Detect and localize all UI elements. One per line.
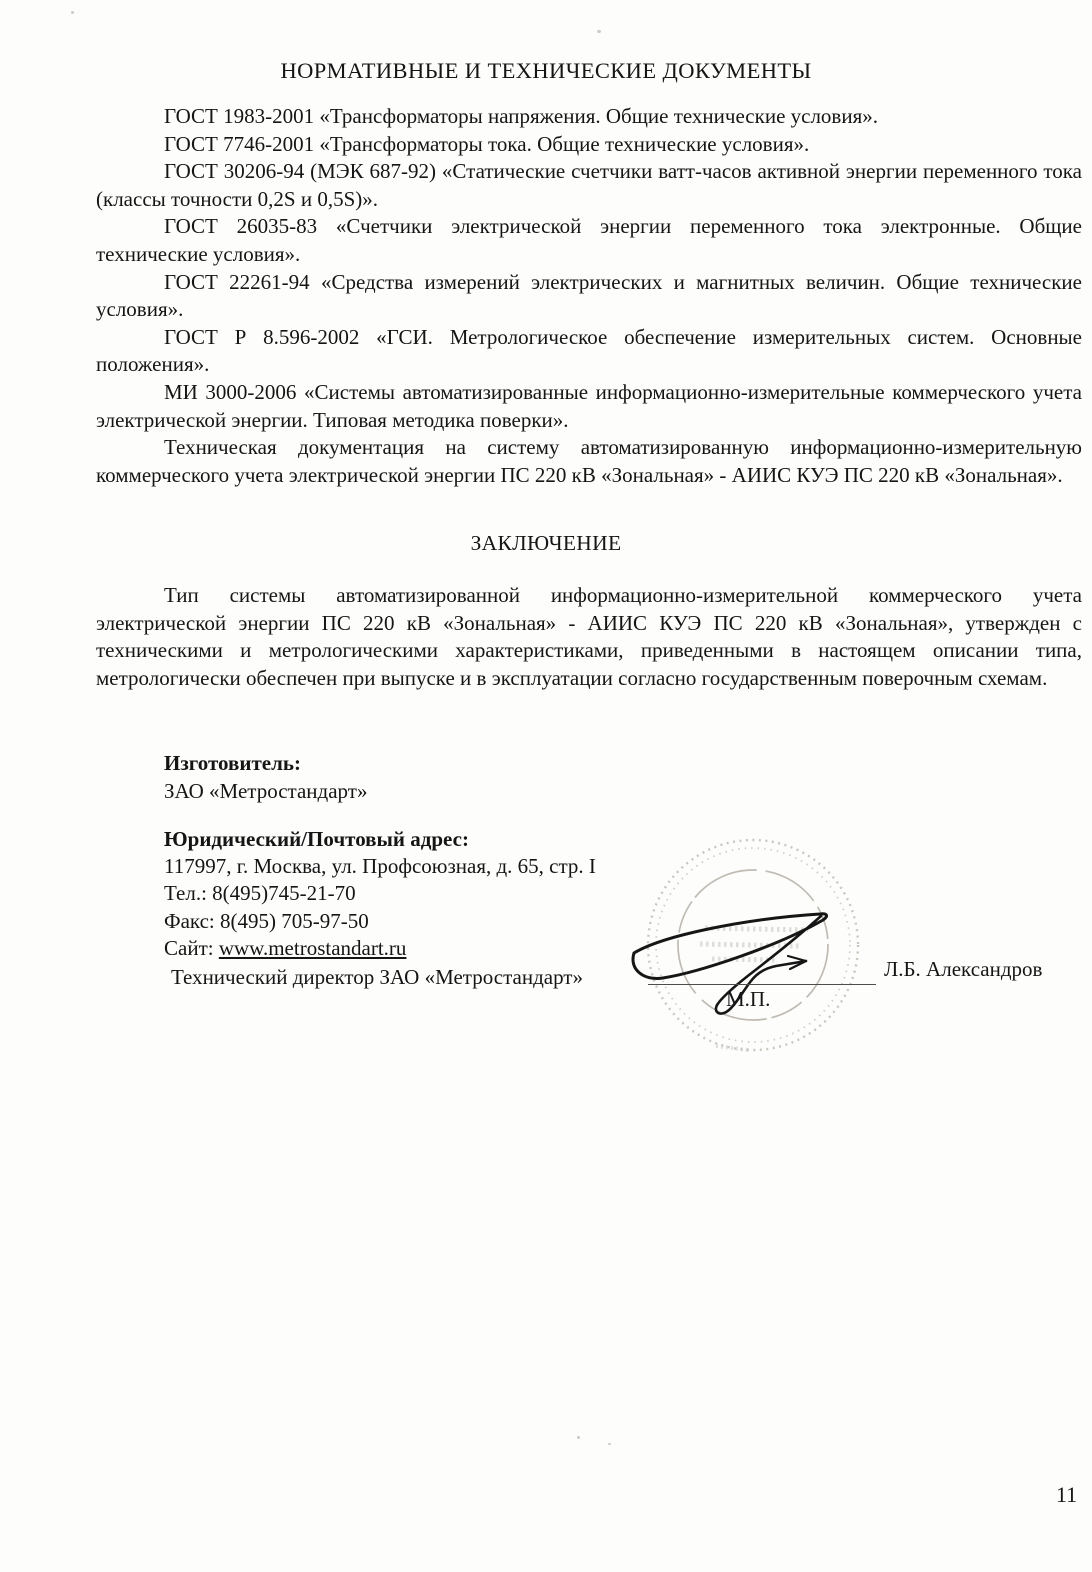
address-block: Юридический/Почтовый адрес: 117997, г. М… <box>164 826 596 962</box>
scan-speck <box>577 1436 580 1439</box>
conclusion-paragraph: Тип системы автоматизированной информаци… <box>96 582 1082 692</box>
scan-speck <box>608 1443 611 1445</box>
page-number: 11 <box>1056 1482 1077 1508</box>
document-paragraph: ГОСТ 22261-94 «Средства измерений электр… <box>96 269 1082 324</box>
document-paragraph: Техническая документация на систему авто… <box>96 434 1082 489</box>
stamp-and-signature <box>600 808 900 1078</box>
document-paragraph: ГОСТ 26035-83 «Счетчики электрической эн… <box>96 213 1082 268</box>
document-paragraph: МИ 3000-2006 «Системы автоматизированные… <box>96 379 1082 434</box>
signature-line <box>648 984 876 985</box>
address-site-line: Сайт: www.metrostandart.ru <box>164 935 596 962</box>
manufacturer-name: ЗАО «Метростандарт» <box>164 778 367 806</box>
document-paragraph: ГОСТ 30206-94 (МЭК 687-92) «Статические … <box>96 158 1082 213</box>
scan-speck <box>597 30 601 33</box>
document-paragraph: ГОСТ Р 8.596-2002 «ГСИ. Метрологическое … <box>96 324 1082 379</box>
signatory-name: Л.Б. Александров <box>884 957 1042 982</box>
address-street: 117997, г. Москва, ул. Профсоюзная, д. 6… <box>164 853 596 880</box>
site-url: www.metrostandart.ru <box>219 936 407 960</box>
conclusion-heading: ЗАКЛЮЧЕНИЕ <box>0 531 1092 556</box>
document-paragraph: ГОСТ 7746-2001 «Трансформаторы тока. Общ… <box>96 131 1082 159</box>
address-fax: Факс: 8(495) 705-97-50 <box>164 908 596 935</box>
manufacturer-label: Изготовитель: <box>164 750 367 778</box>
site-label: Сайт: <box>164 936 219 960</box>
scan-speck <box>71 11 74 14</box>
stamp-seal <box>648 840 858 1050</box>
address-label: Юридический/Почтовый адрес: <box>164 826 596 853</box>
normative-documents-section: ГОСТ 1983-2001 «Трансформаторы напряжени… <box>96 103 1082 489</box>
signatory-role: Технический директор ЗАО «Метростандарт» <box>171 965 583 990</box>
page-title: НОРМАТИВНЫЕ И ТЕХНИЧЕСКИЕ ДОКУМЕНТЫ <box>0 58 1092 84</box>
document-page: НОРМАТИВНЫЕ И ТЕХНИЧЕСКИЕ ДОКУМЕНТЫ ГОСТ… <box>0 0 1092 1572</box>
address-phone: Тел.: 8(495)745-21-70 <box>164 880 596 907</box>
document-paragraph: ГОСТ 1983-2001 «Трансформаторы напряжени… <box>96 103 1082 131</box>
manufacturer-block: Изготовитель: ЗАО «Метростандарт» <box>164 750 367 805</box>
seal-place-note: М.П. <box>726 987 770 1012</box>
conclusion-section: Тип системы автоматизированной информаци… <box>96 582 1082 692</box>
